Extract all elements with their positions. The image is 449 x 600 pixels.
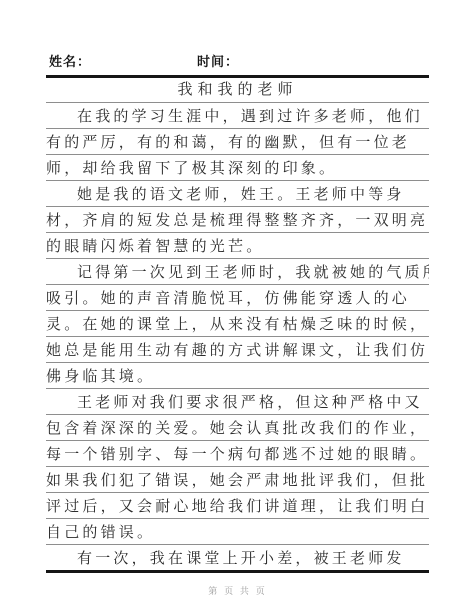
page-footer: 第 页 共 页 bbox=[46, 584, 429, 597]
essay-line: 她是我的语文老师，姓王。王老师中等身 bbox=[46, 181, 429, 207]
essay-line: 如果我们犯了错误，她会严肃地批评我们，但批 bbox=[46, 467, 429, 493]
title-row: 我和我的老师 bbox=[46, 78, 429, 103]
essay-line: 她总是能用生动有趣的方式讲解课文，让我们仿 bbox=[46, 337, 429, 363]
essay-line: 的眼睛闪烁着智慧的光芒。 bbox=[46, 233, 429, 259]
essay-line: 师，却给我留下了极其深刻的印象。 bbox=[46, 155, 429, 181]
essay-line: 自己的错误。 bbox=[46, 519, 429, 545]
essay-sheet: 姓名： 时间： 我和我的老师 在我的学习生涯中，遇到过许多老师，他们 有的严厉，… bbox=[46, 54, 429, 597]
time-label: 时间： bbox=[197, 51, 239, 70]
essay-line: 每一个错别字、每一个病句都逃不过她的眼睛。 bbox=[46, 441, 429, 467]
essay-body: 在我的学习生涯中，遇到过许多老师，他们 有的严厉，有的和蔼，有的幽默，但有一位老… bbox=[46, 103, 429, 573]
essay-line: 吸引。她的声音清脆悦耳，仿佛能穿透人的心 bbox=[46, 285, 429, 311]
essay-title: 我和我的老师 bbox=[177, 78, 297, 102]
essay-line: 评过后，又会耐心地给我们讲道理，让我们明白 bbox=[46, 493, 429, 519]
essay-line: 包含着深深的关爱。她会认真批改我们的作业， bbox=[46, 415, 429, 441]
essay-line: 材，齐肩的短发总是梳理得整整齐齐，一双明亮 bbox=[46, 207, 429, 233]
page-header: 姓名： 时间： bbox=[46, 54, 429, 70]
essay-line: 记得第一次见到王老师时，我就被她的气质所 bbox=[46, 259, 429, 285]
essay-line: 佛身临其境。 bbox=[46, 363, 429, 389]
essay-line: 王老师对我们要求很严格，但这种严格中又 bbox=[46, 389, 429, 415]
essay-line: 在我的学习生涯中，遇到过许多老师，他们 bbox=[46, 103, 429, 129]
name-label: 姓名： bbox=[49, 51, 91, 70]
essay-line: 有的严厉，有的和蔼，有的幽默，但有一位老 bbox=[46, 129, 429, 155]
essay-line-last: 有一次，我在课堂上开小差，被王老师发 bbox=[46, 545, 429, 573]
essay-line: 灵。在她的课堂上，从来没有枯燥乏味的时候， bbox=[46, 311, 429, 337]
